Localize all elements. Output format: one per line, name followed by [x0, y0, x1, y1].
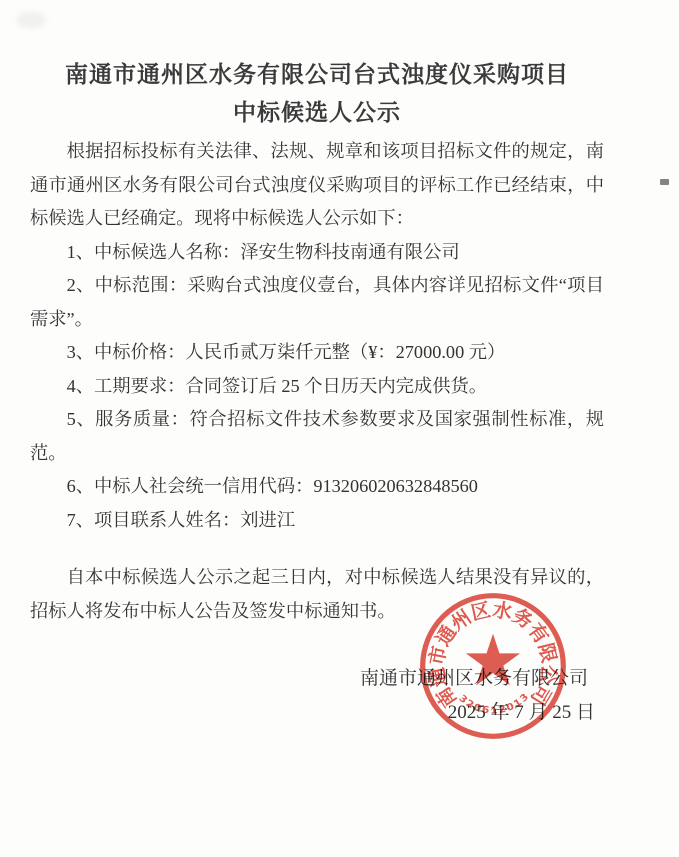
title-line-2: 中标候选人公示: [30, 94, 604, 132]
signature-block: 南通市通州区水务有限公司 2025 年 7 月 25 日: [30, 662, 604, 729]
item-quality: 5、服务质量：符合招标文件技术参数要求及国家强制性标准，规范。: [30, 403, 604, 470]
signature-date: 2025 年 7 月 25 日: [30, 696, 604, 730]
item-schedule: 4、工期要求：合同签订后 25 个日历天内完成供货。: [30, 370, 604, 404]
item-contact-name: 7、项目联系人姓名：刘进江: [30, 504, 604, 538]
item-scope: 2、中标范围：采购台式浊度仪壹台，具体内容详见招标文件“项目需求”。: [30, 269, 604, 336]
document-content: 南通市通州区水务有限公司台式浊度仪采购项目 中标候选人公示 根据招标投标有关法律…: [0, 0, 604, 729]
intro-paragraph: 根据招标投标有关法律、法规、规章和该项目招标文件的规定，南通市通州区水务有限公司…: [30, 135, 604, 236]
closing-paragraph: 自本中标候选人公示之起三日内，对中标候选人结果没有异议的，招标人将发布中标人公告…: [30, 561, 604, 628]
document-page: 南通市通州区水务有限公司台式浊度仪采购项目 中标候选人公示 根据招标投标有关法律…: [0, 0, 679, 857]
signature-company: 南通市通州区水务有限公司: [30, 662, 604, 696]
item-winner-name: 1、中标候选人名称：泽安生物科技南通有限公司: [30, 236, 604, 270]
scan-artifact: [660, 179, 669, 185]
item-price: 3、中标价格：人民币贰万柒仟元整（¥：27000.00 元）: [30, 336, 604, 370]
document-title: 南通市通州区水务有限公司台式浊度仪采购项目 中标候选人公示: [30, 56, 604, 132]
document-body: 根据招标投标有关法律、法规、规章和该项目招标文件的规定，南通市通州区水务有限公司…: [30, 135, 604, 729]
title-line-1: 南通市通州区水务有限公司台式浊度仪采购项目: [30, 56, 604, 94]
item-credit-code: 6、中标人社会统一信用代码：913206020632848560: [30, 470, 604, 504]
